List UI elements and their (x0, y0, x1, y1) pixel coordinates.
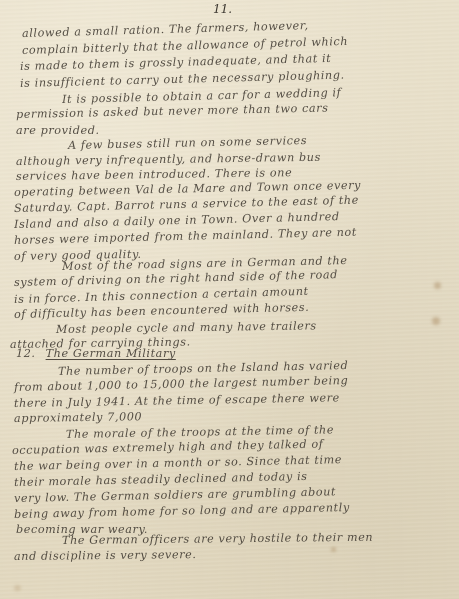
section-number: 12. (16, 347, 36, 360)
stain-spot (432, 317, 440, 325)
section-heading: 12.The German Military (16, 347, 176, 360)
stain-spot (434, 282, 441, 289)
stain-spot (14, 585, 21, 591)
page-number: 11. (213, 2, 232, 16)
text-line: are provided. (16, 124, 100, 137)
text-line: and discipline is very severe. (14, 548, 197, 563)
text-line: approximately 7,000 (14, 410, 142, 425)
section-title: The German Military (46, 347, 176, 360)
handwritten-document-page: 11. allowed a small ration. The farmers,… (0, 0, 459, 599)
stain-spot (331, 547, 336, 552)
